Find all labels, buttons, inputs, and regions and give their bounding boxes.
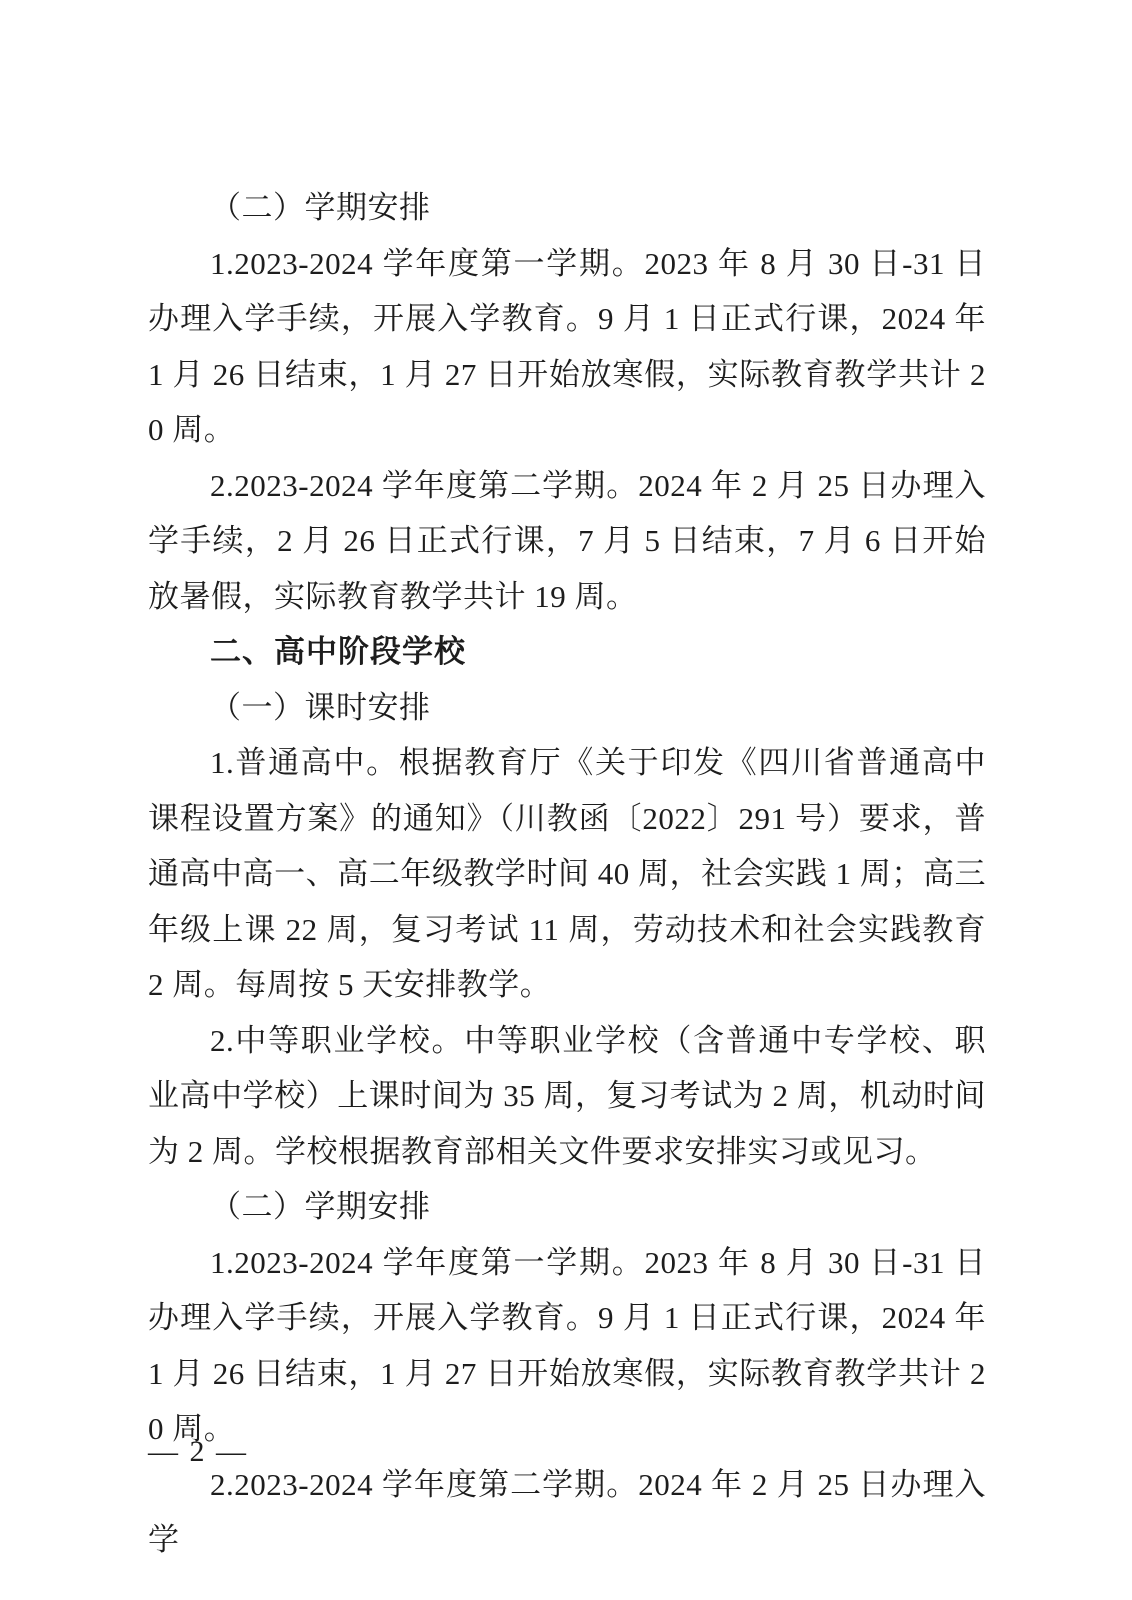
subheading-class-hours-arrangement: （一）课时安排: [148, 680, 986, 736]
paragraph-first-semester-senior-high: 1.2023-2024 学年度第一学期。2023 年 8 月 30 日-31 日…: [148, 1235, 986, 1457]
paragraph-second-semester-prev-section: 2.2023-2024 学年度第二学期。2024 年 2 月 25 日办理入学手…: [148, 458, 986, 625]
page-number: — 2 —: [148, 1424, 248, 1479]
subheading-term-arrangement-first: （二）学期安排: [148, 180, 986, 236]
paragraph-first-semester-prev-section: 1.2023-2024 学年度第一学期。2023 年 8 月 30 日-31 日…: [148, 236, 986, 458]
paragraph-second-semester-senior-high: 2.2023-2024 学年度第二学期。2024 年 2 月 25 日办理入学: [148, 1457, 986, 1568]
document-page: （二）学期安排 1.2023-2024 学年度第一学期。2023 年 8 月 3…: [0, 0, 1132, 1600]
document-body: （二）学期安排 1.2023-2024 学年度第一学期。2023 年 8 月 3…: [148, 180, 986, 1568]
paragraph-secondary-vocational-school: 2.中等职业学校。中等职业学校（含普通中专学校、职业高中学校）上课时间为 35 …: [148, 1013, 986, 1180]
subheading-term-arrangement-second: （二）学期安排: [148, 1179, 986, 1235]
heading-senior-high-school-section: 二、高中阶段学校: [148, 624, 986, 680]
paragraph-regular-high-school: 1.普通高中。根据教育厅《关于印发《四川省普通高中课程设置方案》的通知》（川教函…: [148, 735, 986, 1013]
